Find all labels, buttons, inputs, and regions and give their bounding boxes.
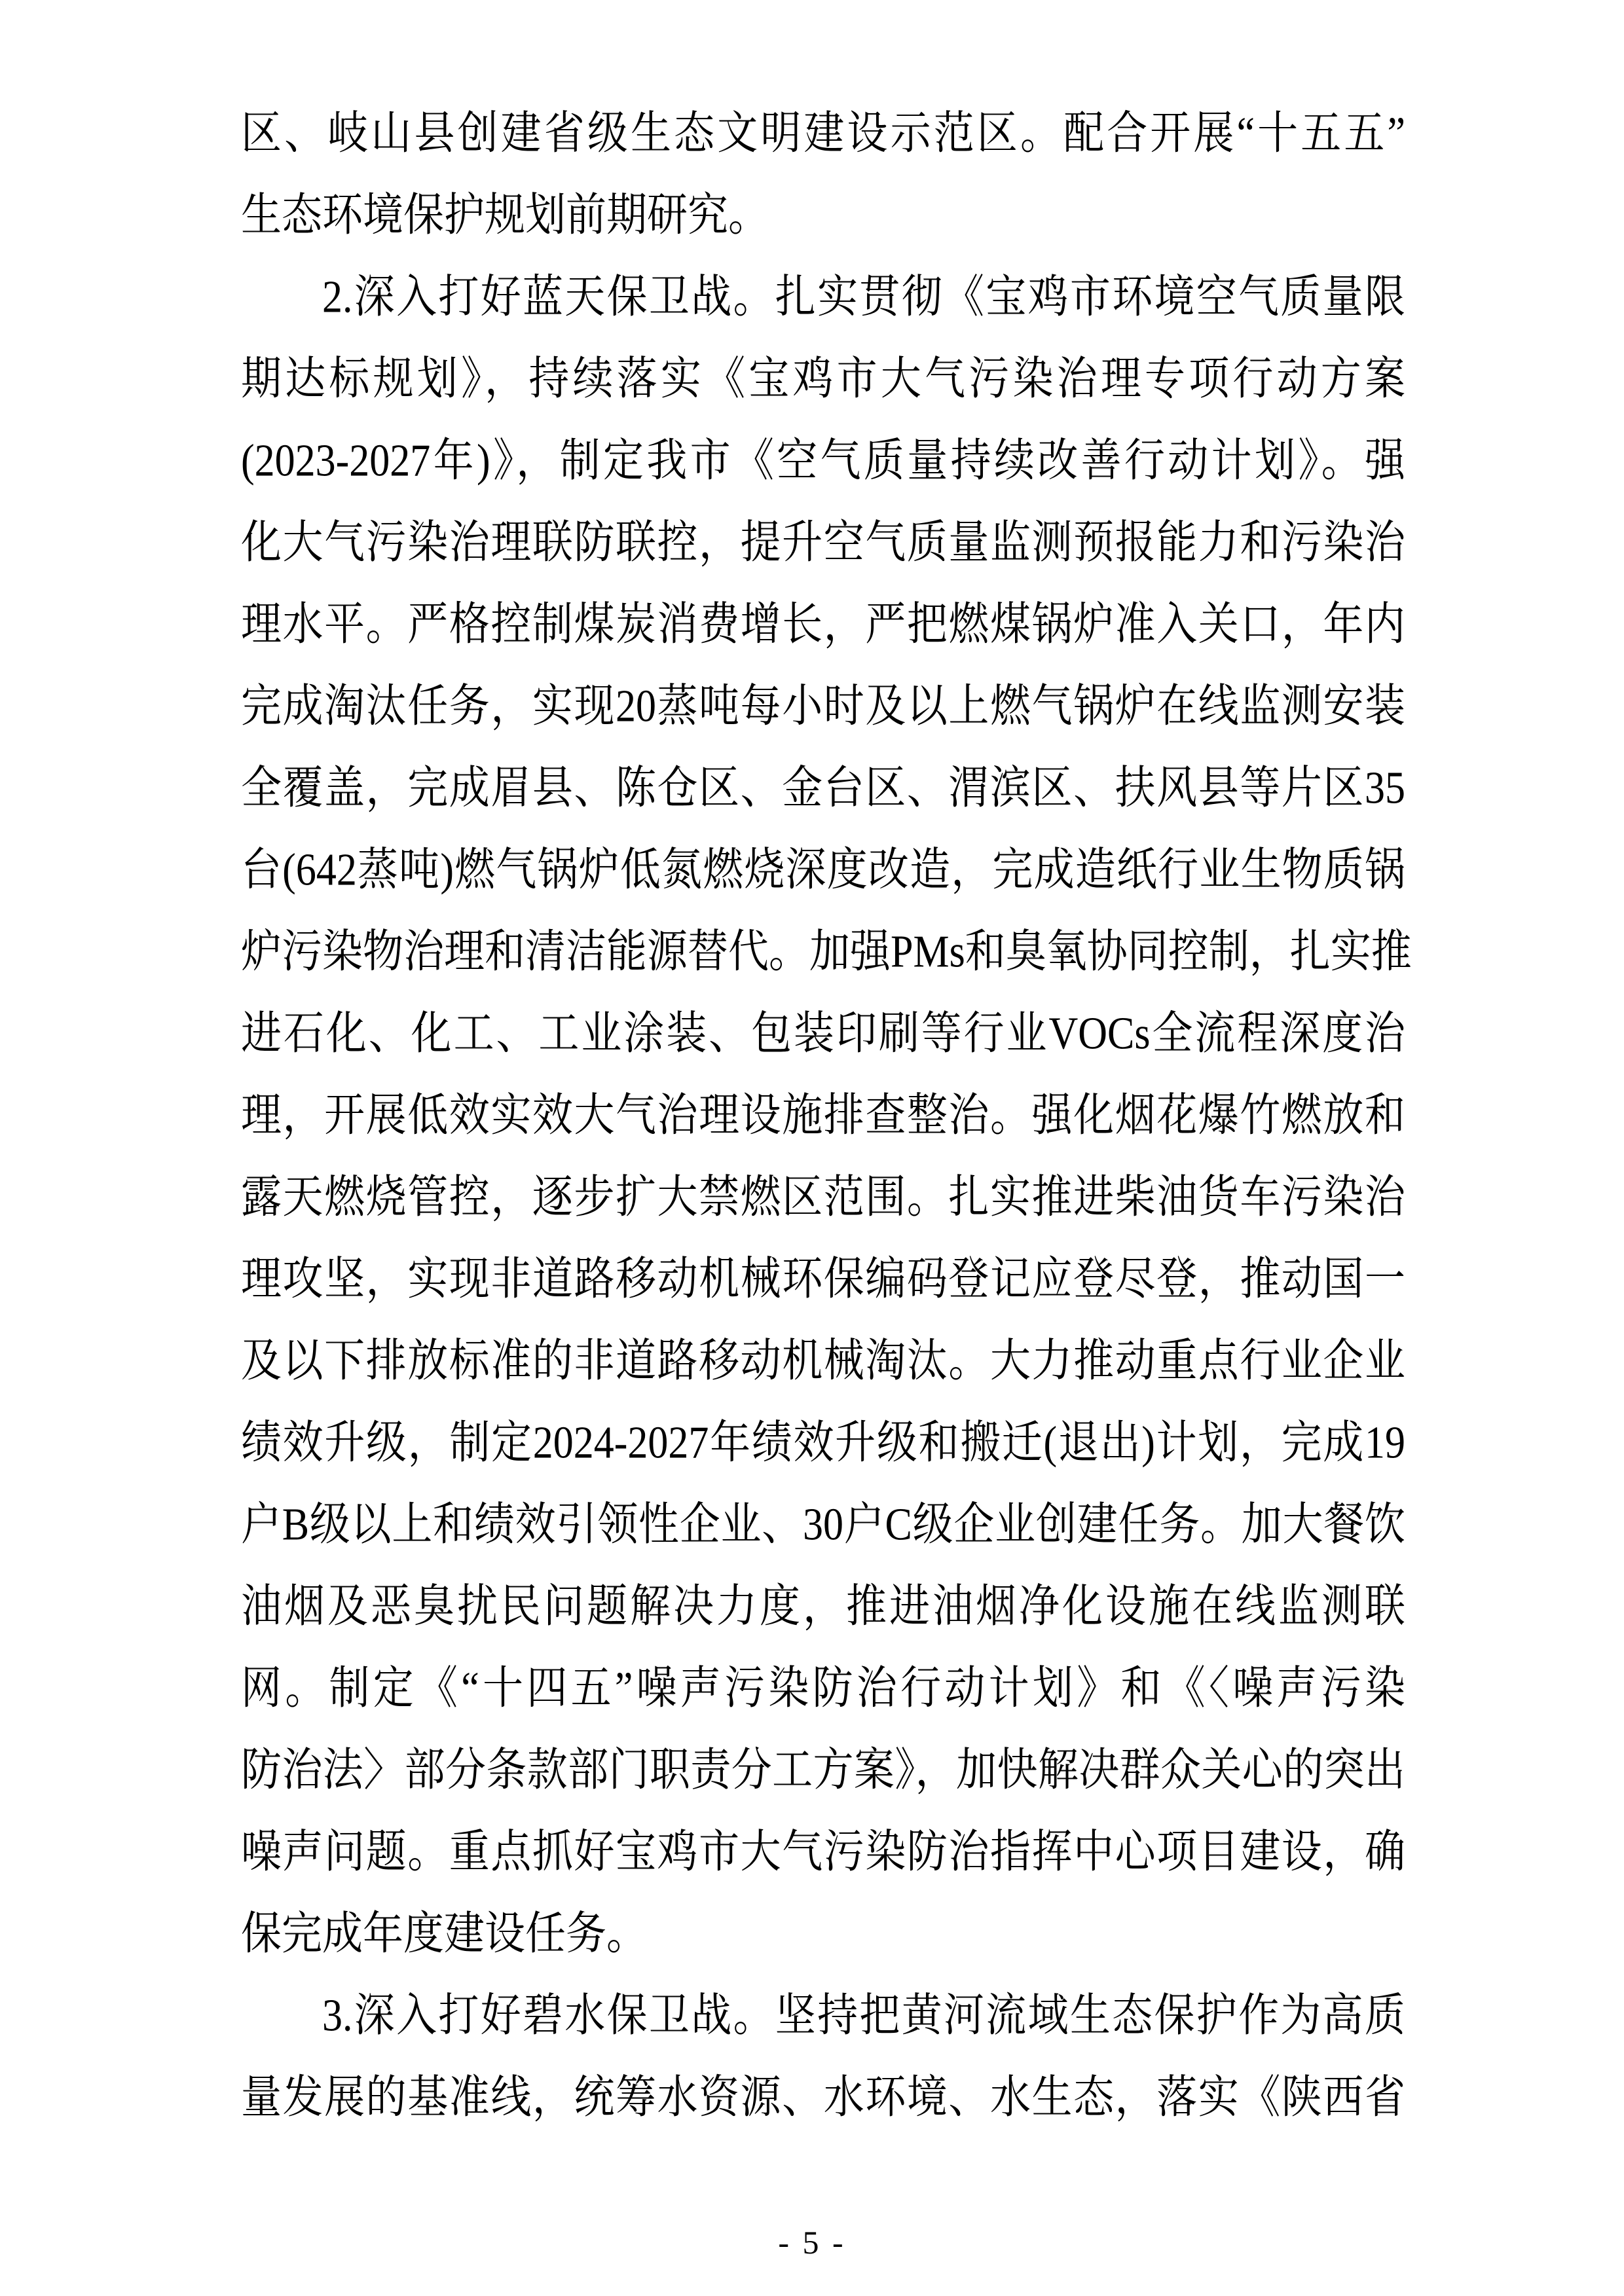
text-line: 及以下排放标准的非道路移动机械淘汰。大力推动重点行业企业 (241, 1316, 1405, 1408)
text-line: 炉污染物治理和清洁能源替代。加强PMs和臭氧协同控制，扎实推 (241, 907, 1405, 998)
text-line: 绩效升级，制定2024-2027年绩效升级和搬迁(退出)计划，完成19 (241, 1398, 1405, 1489)
text-line: 理水平。严格控制煤炭消费增长，严把燃煤锅炉准入关口，年内 (241, 579, 1405, 671)
text-line-paragraph-start: 2.深入打好蓝天保卫战。扎实贯彻《宝鸡市环境空气质量限 (241, 252, 1405, 344)
document-page: 区、岐山县创建省级生态文明建设示范区。配合开展“十五五” 生态环境保护规划前期研… (0, 0, 1624, 2296)
text-line: 露天燃烧管控，逐步扩大禁燃区范围。扎实推进柴油货车污染治 (241, 1152, 1405, 1244)
page-number: - 5 - (0, 2219, 1624, 2265)
text-line: 噪声问题。重点抓好宝鸡市大气污染防治指挥中心项目建设，确 (241, 1807, 1405, 1899)
text-line: 理，开展低效实效大气治理设施排查整治。强化烟花爆竹燃放和 (241, 1070, 1405, 1162)
text-line: 防治法〉部分条款部门职责分工方案》，加快解决群众关心的突出 (241, 1725, 1405, 1817)
text-line-paragraph-start: 3.深入打好碧水保卫战。坚持把黄河流域生态保护作为高质 (241, 1971, 1405, 2062)
text-line: 期达标规划》，持续落实《宝鸡市大气污染治理专项行动方案 (241, 334, 1405, 426)
text-line: 网。制定《“十四五”噪声污染防治行动计划》和《〈噪声污染 (241, 1643, 1405, 1735)
text-line: 化大气污染治理联防联控，提升空气质量监测预报能力和污染治 (241, 498, 1405, 589)
text-line: 台(642蒸吨)燃气锅炉低氮燃烧深度改造，完成造纸行业生物质锅 (241, 825, 1405, 917)
text-line: 全覆盖，完成眉县、陈仓区、金台区、渭滨区、扶风县等片区35 (241, 743, 1405, 835)
text-line: 量发展的基准线，统筹水资源、水环境、水生态，落实《陕西省 (241, 2052, 1405, 2144)
text-line: 生态环境保护规划前期研究。 (241, 170, 1405, 262)
text-line: 户B级以上和绩效引领性企业、30户C级企业创建任务。加大餐饮 (241, 1480, 1405, 1571)
document-body: 区、岐山县创建省级生态文明建设示范区。配合开展“十五五” 生态环境保护规划前期研… (241, 93, 1405, 2139)
text-line: 油烟及恶臭扰民问题解决力度，推进油烟净化设施在线监测联 (241, 1561, 1405, 1653)
text-line: 完成淘汰任务，实现20蒸吨每小时及以上燃气锅炉在线监测安装 (241, 661, 1405, 753)
text-line: 保完成年度建设任务。 (241, 1889, 1405, 1980)
text-line: 理攻坚，实现非道路移动机械环保编码登记应登尽登，推动国一 (241, 1234, 1405, 1326)
text-line: 区、岐山县创建省级生态文明建设示范区。配合开展“十五五” (241, 88, 1405, 180)
text-line: 进石化、化工、工业涂装、包装印刷等行业VOCs全流程深度治 (241, 989, 1405, 1080)
text-line: (2023-2027年)》，制定我市《空气质量持续改善行动计划》。强 (241, 416, 1405, 507)
